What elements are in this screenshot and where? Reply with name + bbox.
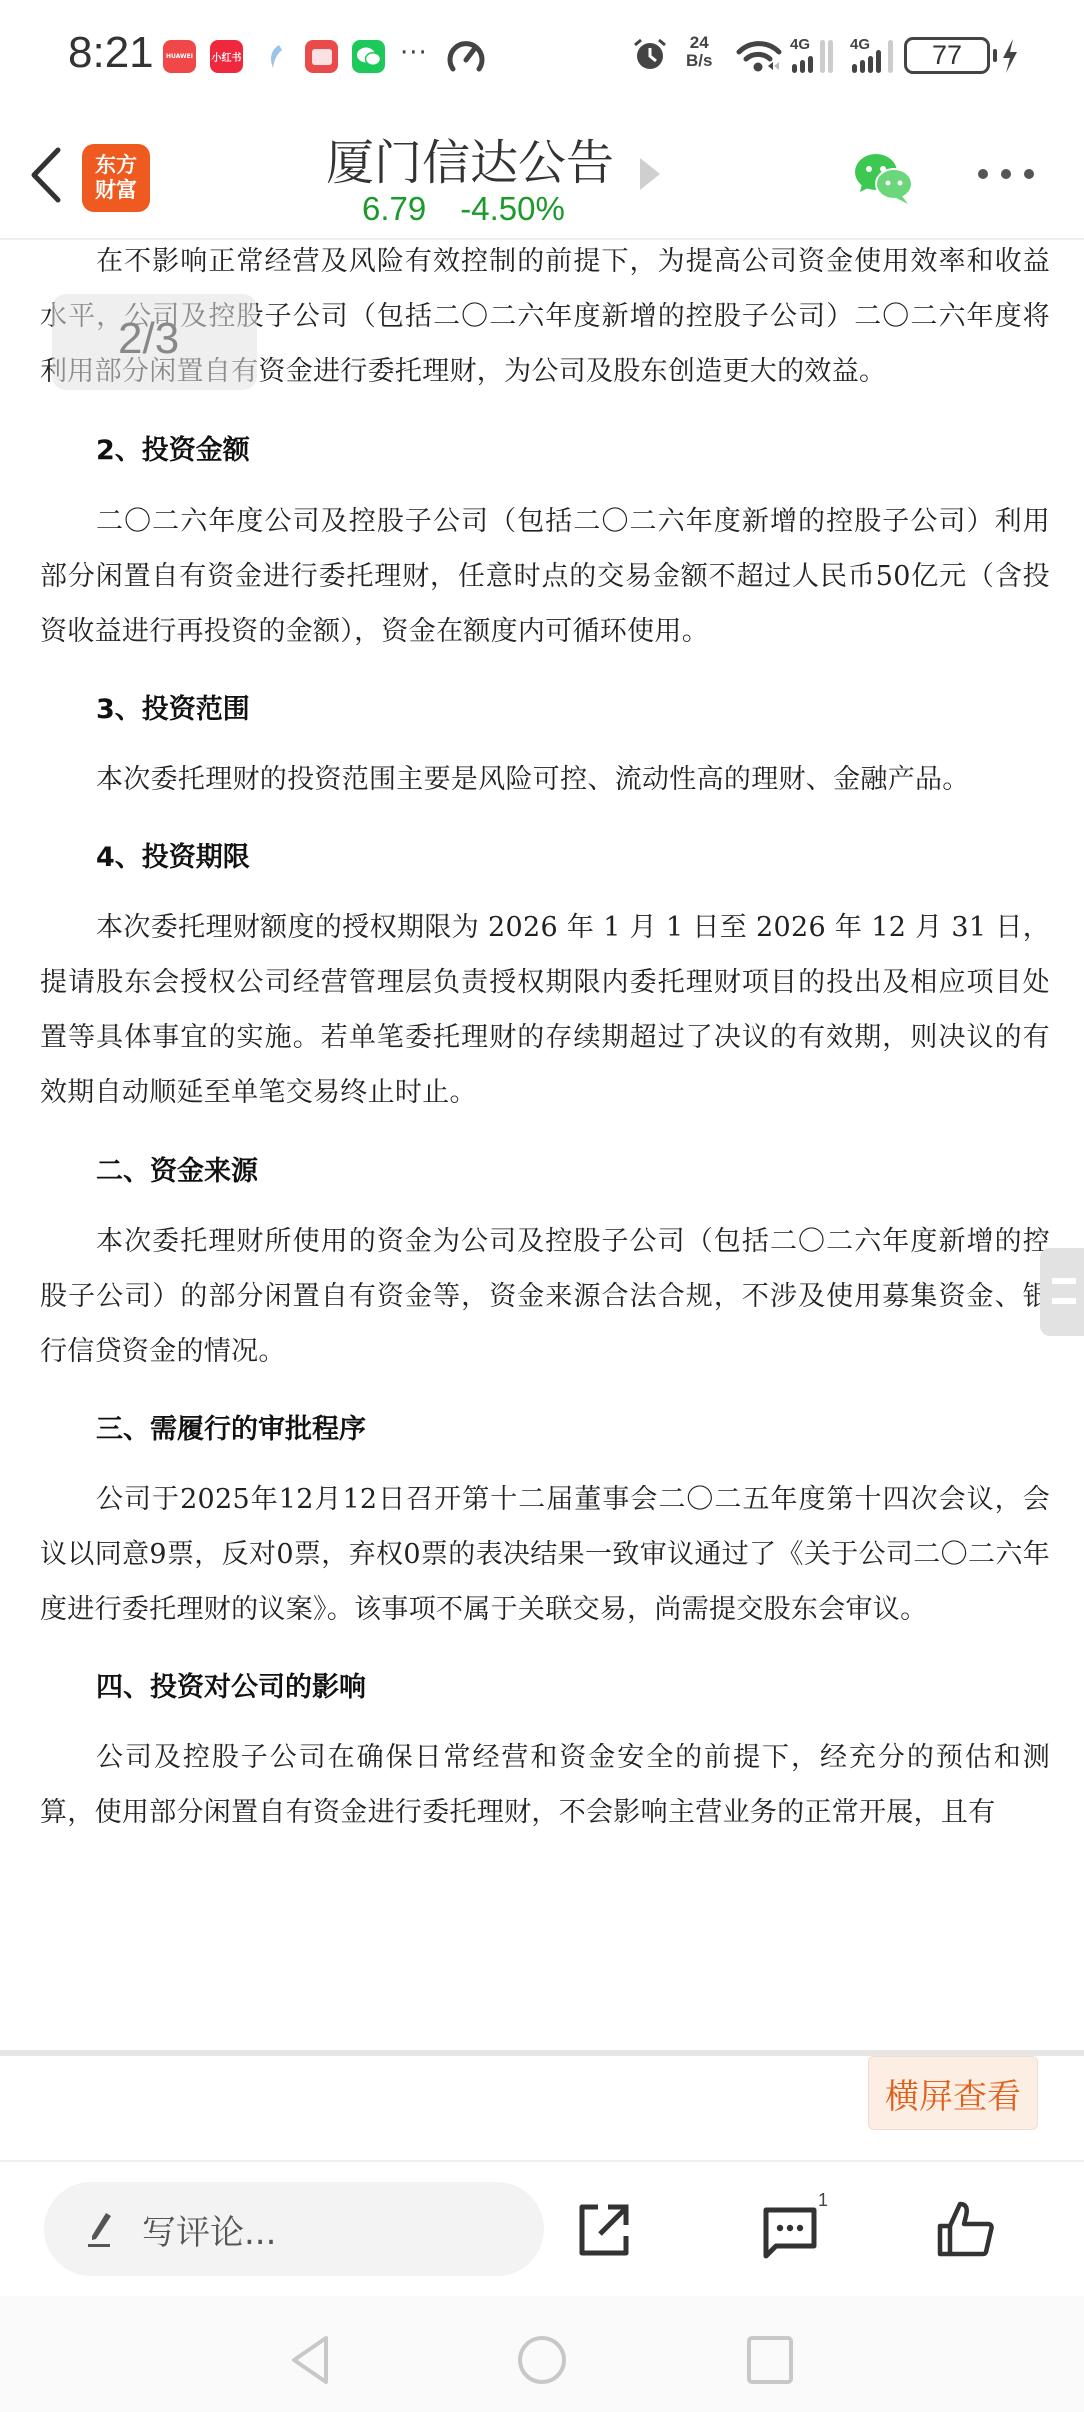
paragraph: 公司于2025年12月12日召开第十二届董事会二〇二五年度第十四次会议，会议以同… [40,1472,1050,1637]
paragraph: 本次委托理财额度的授权期限为 2026 年 1 月 1 日至 2026 年 12… [40,900,1050,1120]
comments-button[interactable] [760,2200,820,2260]
speedometer-icon [446,38,486,74]
signal-strength-1-icon [790,38,842,74]
section-heading: 三、需履行的审批程序 [96,1407,366,1446]
like-button[interactable] [936,2200,996,2260]
nav-home-button[interactable] [518,2334,566,2386]
side-drawer-handle[interactable] [1040,1248,1084,1336]
section-heading: 3、投资范围 [96,687,250,726]
comment-count-badge: 1 [818,2190,828,2211]
wechat-share-button[interactable] [852,150,916,206]
stock-price: 6.79 [362,190,426,227]
landscape-view-button[interactable]: 横屏查看 [868,2056,1038,2130]
dot-icon [1024,169,1034,179]
app-header: 东方 财富 厦门信达公告 6.79-4.50% [0,110,1084,240]
paragraph: 公司及控股子公司在确保日常经营和资金安全的前提下，经充分的预估和测算，使用部分闲… [40,1730,1050,1840]
battery-indicator: 77 [904,37,990,74]
wechat-notification-icon [352,40,385,73]
more-options-button[interactable] [978,162,1034,186]
feather-app-icon [258,40,291,73]
share-button[interactable] [574,2200,634,2260]
section-heading: 二、资金来源 [96,1149,258,1188]
page-indicator: 2/3 [52,294,257,390]
action-bar: 写评论... 1 [0,2162,1084,2296]
more-notifications-icon: ··· [400,38,428,68]
paragraph: 二〇二六年度公司及控股子公司（包括二〇二六年度新增的控股子公司）利用部分闲置自有… [40,494,1050,659]
handle-line-icon [1052,1278,1076,1284]
xiaohongshu-icon: 小红书 [210,40,243,73]
system-navigation-bar [0,2296,1084,2412]
signal-strength-2-icon [850,38,902,74]
dot-icon [978,169,988,179]
books-app-icon [305,40,338,73]
section-heading: 四、投资对公司的影响 [96,1665,366,1704]
stock-change: -4.50% [460,190,565,227]
wifi-icon [736,38,782,74]
announcement-document[interactable]: 在不影响正常经营及风险有效控制的前提下，为提高公司资金使用效率和收益水平，公司及… [0,242,1084,2052]
page-title: 厦门信达公告 [0,124,940,193]
huawei-appgallery-icon: HUAWEI [163,40,196,73]
handle-line-icon [1052,1298,1076,1304]
stock-quote: 6.79-4.50% [362,190,565,228]
dot-icon [1001,169,1011,179]
paragraph: 本次委托理财所使用的资金为公司及控股子公司（包括二〇二六年度新增的控股子公司）的… [40,1214,1050,1379]
next-arrow-icon[interactable] [640,158,660,190]
network-speed: 24 B/s [686,34,712,70]
nav-back-button[interactable] [286,2334,334,2386]
status-time: 8:21 [68,28,154,78]
pen-icon [84,2209,120,2249]
nav-recents-button[interactable] [746,2334,794,2386]
alarm-icon [632,37,668,73]
charging-icon [1000,38,1020,74]
section-heading: 2、投资金额 [96,428,250,467]
comment-input[interactable]: 写评论... [44,2182,544,2276]
section-heading: 4、投资期限 [96,835,250,874]
status-bar: 8:21 HUAWEI 小红书 ··· 24 B/s 4G 4G 77 [0,0,1084,110]
battery-tip [993,49,997,62]
paragraph: 本次委托理财的投资范围主要是风险可控、流动性高的理财、金融产品。 [40,752,1050,807]
